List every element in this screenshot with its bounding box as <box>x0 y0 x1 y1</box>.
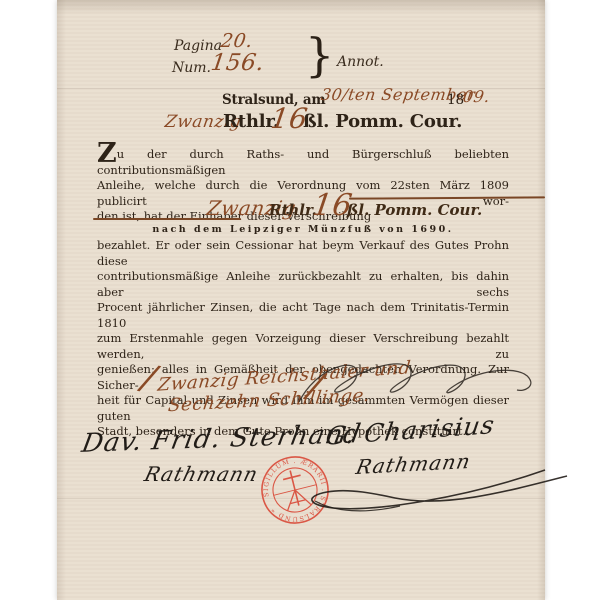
pagina-value-handwritten: 20. <box>219 30 254 52</box>
amount-currency: ßl. Pomm. Cour. <box>303 111 462 132</box>
paragraph-2-line: contributionsmäßige Anleihe zurückbezahl… <box>97 269 509 300</box>
paragraph-1-line-1-text: u der durch Raths- und Bürgerschluß beli… <box>97 147 509 177</box>
flourish-loops <box>295 352 550 412</box>
muenzfuss-subline: nach dem Leipziger Münzfuß von 1690. <box>97 222 509 238</box>
annotation-brace: } <box>305 28 334 82</box>
paragraph-2-line: bezahlet. Er oder sein Cessionar hat bey… <box>97 238 509 269</box>
date-year-handwritten: 09. <box>462 87 492 106</box>
fill-currency-printed: ßl. Pomm. Cour. <box>347 201 482 219</box>
signature-left-title: Rathmann <box>142 462 261 486</box>
fill-unit-printed: Rthlr. <box>269 201 317 219</box>
num-label: Num. <box>172 60 211 76</box>
paragraph-1-line-1: Zu der durch Raths- und Bürgerschluß bel… <box>97 147 509 178</box>
paragraph-2-line: Procent jährlicher Zinsen, die acht Tage… <box>97 300 509 331</box>
signature-paraph <box>305 468 580 523</box>
num-value-handwritten: 156. <box>209 50 266 76</box>
annot-label: Annot. <box>337 54 384 70</box>
document-paper: Pagina 20. Num. 156. } Annot. Stralsund,… <box>57 0 545 600</box>
